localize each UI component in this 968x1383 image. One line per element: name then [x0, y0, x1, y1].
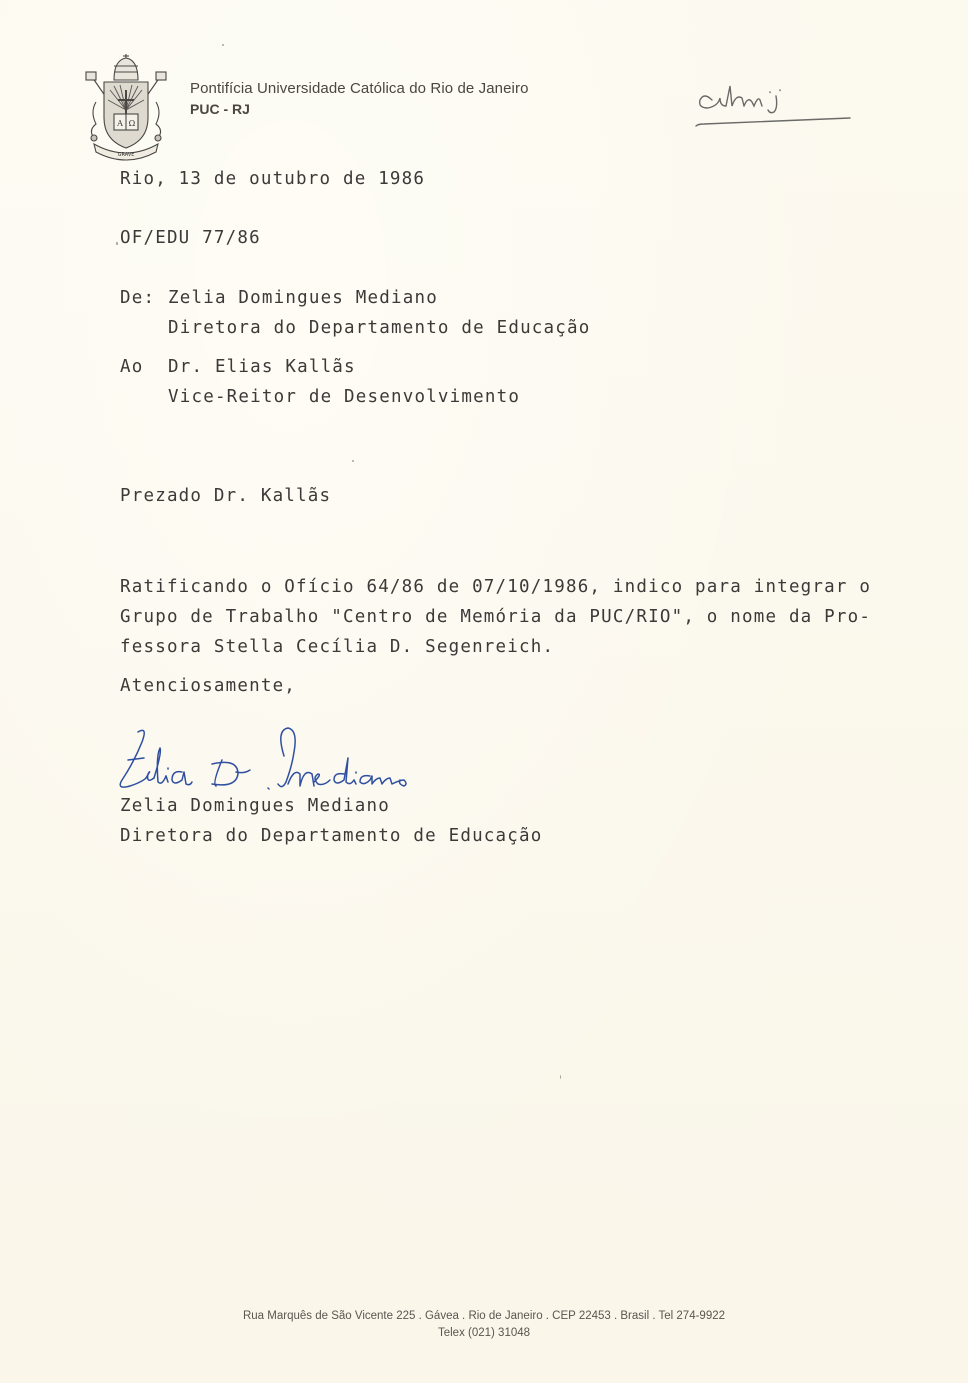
footer-address: Rua Marquês de São Vicente 225 . Gávea .… — [0, 1308, 968, 1324]
body-line: Ratificando o Ofício 64/86 de 07/10/1986… — [120, 577, 871, 597]
from-label: De: — [120, 288, 155, 308]
closing: Atenciosamente, — [120, 676, 296, 696]
signer-title: Diretora do Departamento de Educação — [120, 826, 543, 846]
letterhead: Pontifícia Universidade Católica do Rio … — [190, 78, 529, 120]
body-line: fessora Stella Cecília D. Segenreich. — [120, 637, 554, 657]
handwritten-note — [690, 78, 860, 133]
from-name: Zelia Domingues Mediano — [168, 288, 438, 308]
paper-speck — [560, 1075, 561, 1079]
footer-telex: Telex (021) 31048 — [0, 1325, 968, 1341]
signer-name: Zelia Domingues Mediano — [120, 796, 390, 816]
paper-speck — [222, 44, 224, 46]
body-line: Grupo de Trabalho "Centro de Memória da … — [120, 607, 871, 627]
paper-speck — [116, 242, 118, 245]
svg-text:GRAVE: GRAVE — [118, 152, 135, 158]
reference-number: OF/EDU 77/86 — [120, 228, 261, 248]
to-label: Ao — [120, 357, 143, 377]
university-crest-icon: A Ω GRAVE — [84, 52, 168, 162]
to-title: Vice-Reitor de Desenvolvimento — [168, 387, 520, 407]
institution-name: Pontifícia Universidade Católica do Rio … — [190, 78, 529, 99]
svg-text:Ω: Ω — [129, 119, 136, 128]
letter-page: A Ω GRAVE Pontifícia Universidade Católi… — [0, 0, 968, 1383]
handwritten-signature — [108, 722, 438, 802]
paper-speck — [352, 460, 354, 462]
institution-abbreviation: PUC - RJ — [190, 99, 529, 120]
svg-text:A: A — [116, 119, 123, 128]
to-name: Dr. Elias Kallãs — [168, 357, 356, 377]
place-date: Rio, 13 de outubro de 1986 — [120, 169, 425, 189]
salutation: Prezado Dr. Kallãs — [120, 486, 331, 506]
from-title: Diretora do Departamento de Educação — [168, 318, 591, 338]
